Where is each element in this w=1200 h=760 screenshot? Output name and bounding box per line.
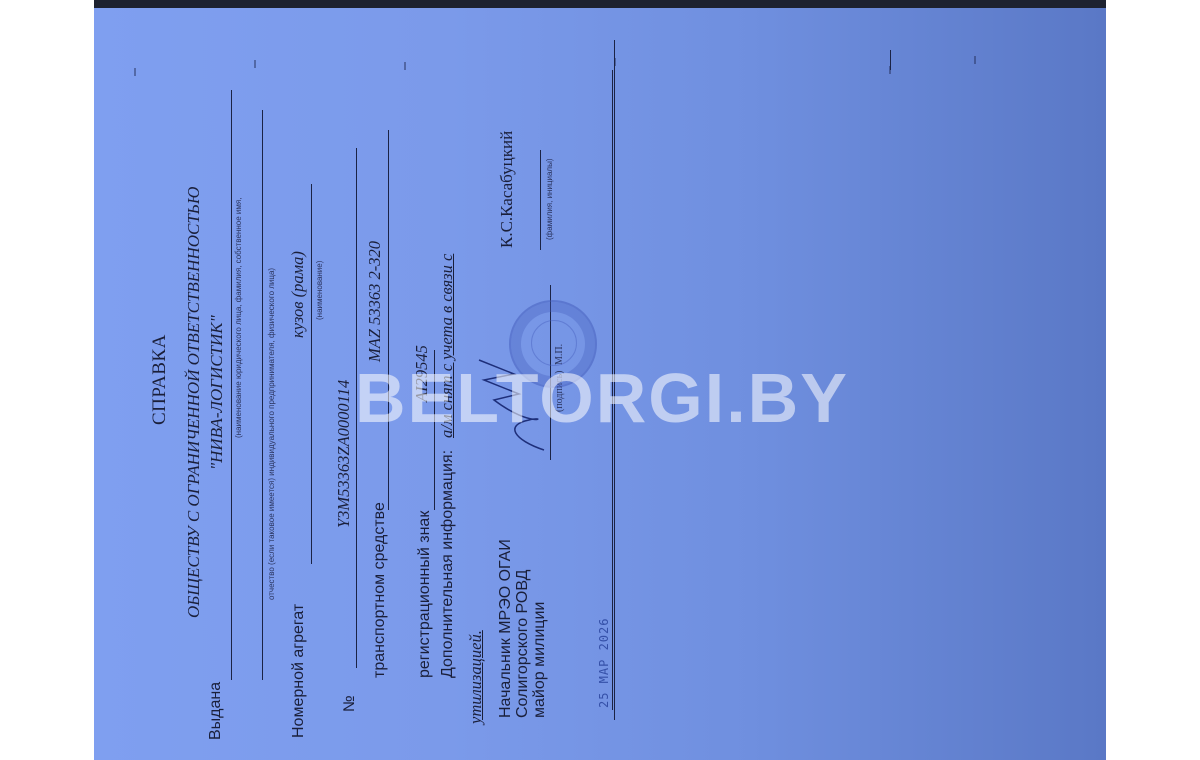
- frame-tick: [890, 50, 891, 70]
- signer-title: Начальник МРЭО ОГАИ: [498, 539, 514, 718]
- number-label: №: [342, 695, 358, 712]
- unit-caption: (наименование): [316, 261, 324, 320]
- caption-name: (наименование юридического лица, фамилия…: [235, 198, 243, 438]
- vehicle-underline: [388, 130, 389, 510]
- watermark: BELTORGI.BY: [355, 358, 849, 438]
- unit-label: Номерной агрегат: [291, 604, 307, 738]
- name-underline: [540, 150, 541, 250]
- number-value: Y3M53363ZA0000114: [336, 380, 353, 528]
- extra-value-line2: утилизацией.: [468, 630, 485, 724]
- vehicle-value: MAZ 53363 2-320: [367, 241, 384, 362]
- name-caption: (фамилия, инициалы): [546, 158, 554, 240]
- signer-name: К.С.Касабуцкий: [498, 131, 515, 248]
- issued-to-line2: "НИВА-ЛОГИСТИК": [208, 315, 225, 470]
- document-title: СПРАВКА: [150, 334, 169, 425]
- unit-underline: [311, 184, 312, 564]
- issued-to-line1: ОБЩЕСТВУ С ОГРАНИЧЕННОЙ ОТВЕТСТВЕННОСТЬЮ: [185, 187, 202, 618]
- unit-value: кузов (рама): [290, 251, 307, 338]
- issued-to-underline: [231, 90, 232, 680]
- issued-to-label: Выдана: [208, 682, 224, 740]
- signer-department: Солигорского РОВД: [515, 570, 531, 718]
- signer-rank: майор милиции: [532, 602, 548, 718]
- extra-label: Дополнительная информация:: [440, 450, 456, 678]
- patronymic-underline: [262, 110, 263, 680]
- caption-patronymic: отчество (если таковое имеется) индивиду…: [268, 268, 276, 600]
- date-stamp: 25 МАР 2026: [598, 618, 610, 708]
- reg-label: регистрационный знак: [417, 511, 433, 678]
- vehicle-label: транспортном средстве: [372, 502, 388, 678]
